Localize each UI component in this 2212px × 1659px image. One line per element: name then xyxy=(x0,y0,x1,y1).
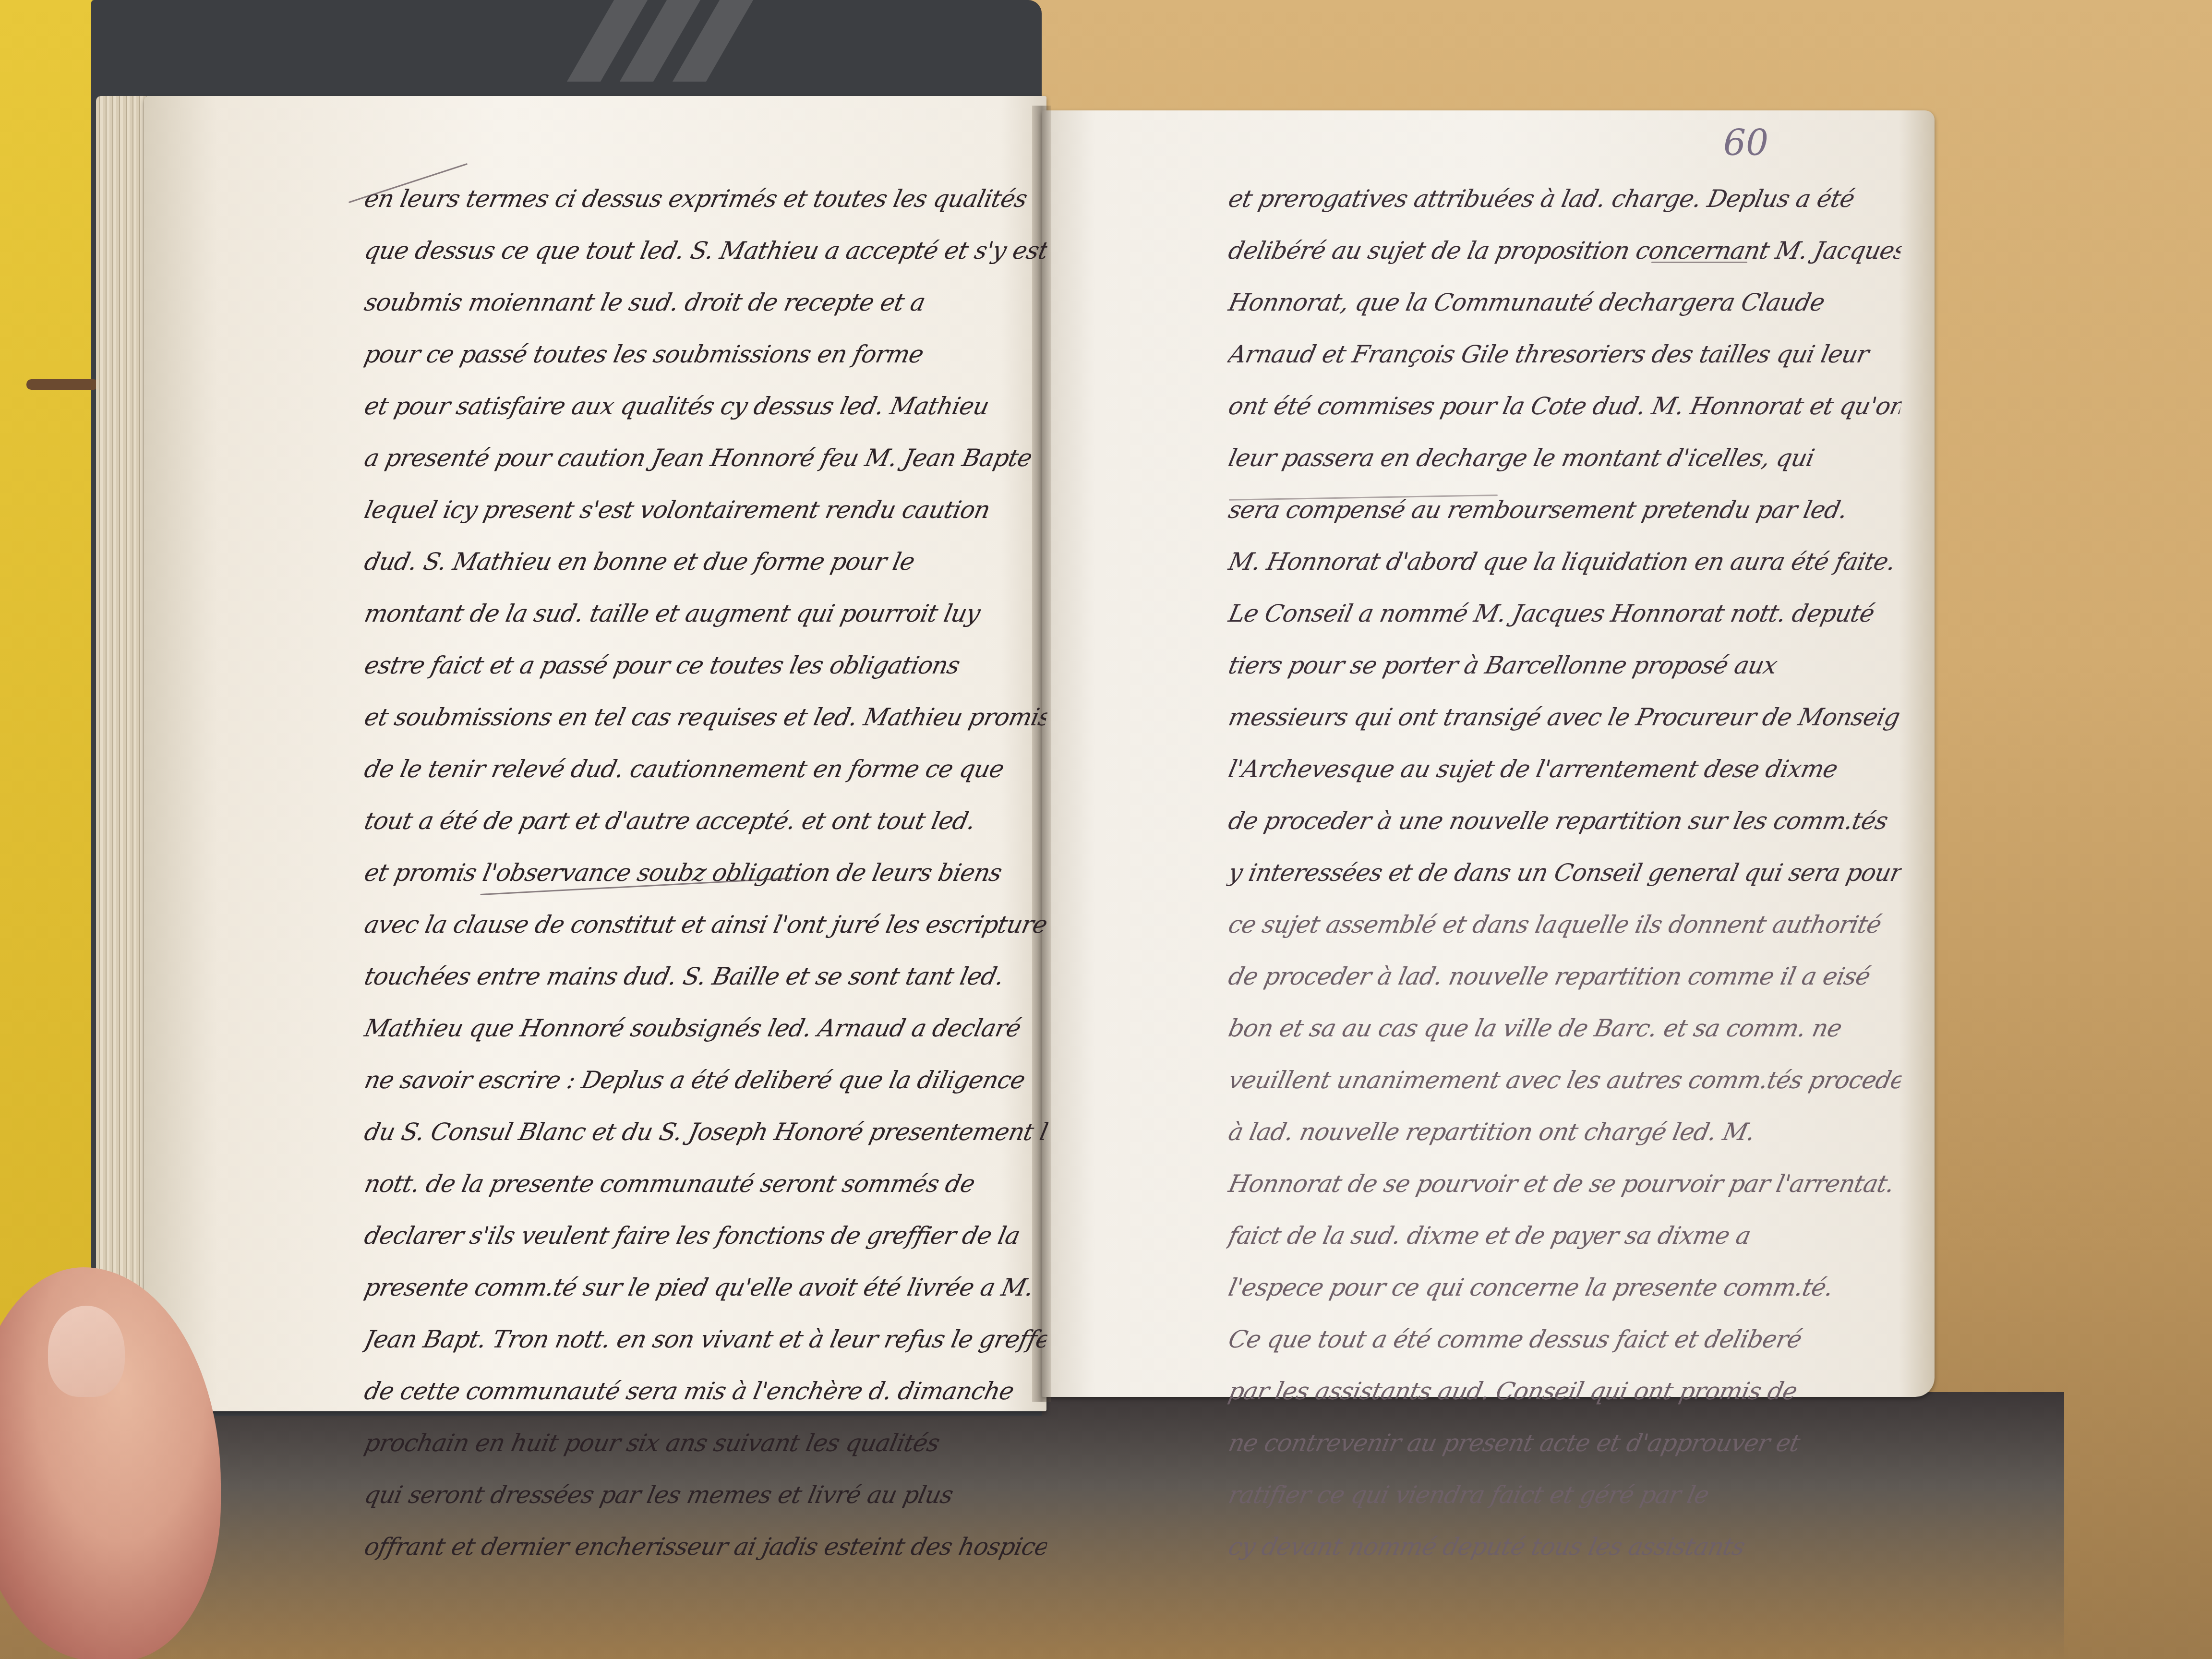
line-filler-dash xyxy=(1651,262,1747,263)
manuscript-line: sera compensé au remboursement pretendu … xyxy=(1224,484,1907,536)
manuscript-line: M. Honnorat d'abord que la liquidation e… xyxy=(1224,536,1907,588)
left-page-text: en leurs termes ci dessus exprimés et to… xyxy=(365,173,1046,1573)
manuscript-line: nott. de la presente communauté seront s… xyxy=(360,1158,1052,1210)
manuscript-line: Ce que tout a été comme dessus faict et … xyxy=(1224,1313,1907,1365)
manuscript-line: de proceder à une nouvelle repartition s… xyxy=(1224,795,1907,847)
manuscript-line: lequel icy present s'est volontairement … xyxy=(360,484,1052,536)
manuscript-line: en leurs termes ci dessus exprimés et to… xyxy=(360,173,1052,225)
manuscript-line: tiers pour se porter à Barcellonne propo… xyxy=(1224,639,1907,691)
manuscript-line: montant de la sud. taille et augment qui… xyxy=(360,588,1052,639)
manuscript-line: tout a été de part et d'autre accepté. e… xyxy=(360,795,1052,847)
manuscript-line: presente comm.té sur le pied qu'elle avo… xyxy=(360,1262,1052,1313)
manuscript-line: cy devant nommé deputé tous les assistan… xyxy=(1224,1521,1907,1573)
thumbnail xyxy=(48,1306,125,1397)
manuscript-line: Jean Bapt. Tron nott. en son vivant et à… xyxy=(360,1313,1052,1365)
manuscript-line: dud. S. Mathieu en bonne et due forme po… xyxy=(360,536,1052,588)
manuscript-line: Le Conseil a nommé M. Jacques Honnorat n… xyxy=(1224,588,1907,639)
manuscript-line: l'espece pour ce qui concerne la present… xyxy=(1224,1262,1907,1313)
manuscript-line: Mathieu que Honnoré soubsignés led. Arna… xyxy=(360,1002,1052,1054)
manuscript-line: soubmis moiennant le sud. droit de recep… xyxy=(360,276,1052,328)
manuscript-line: par les assistants aud. Conseil qui ont … xyxy=(1224,1365,1907,1417)
manuscript-line: estre faict et a passé pour ce toutes le… xyxy=(360,639,1052,691)
manuscript-line: delibéré au sujet de la proposition conc… xyxy=(1224,225,1907,276)
book-tie-string xyxy=(26,379,98,390)
right-page-text: et prerogatives attribuées à lad. charge… xyxy=(1229,173,1901,1573)
manuscript-line: ne contrevenir au present acte et d'appr… xyxy=(1224,1417,1907,1469)
manuscript-line: qui seront dressées par les memes et liv… xyxy=(360,1469,1052,1521)
manuscript-line: Honnorat, que la Communauté dechargera C… xyxy=(1224,276,1907,328)
manuscript-line: offrant et dernier encherisseur ai jadis… xyxy=(360,1521,1052,1573)
page-number: 60 xyxy=(1723,122,1768,164)
manuscript-line: leur passera en decharge le montant d'ic… xyxy=(1224,432,1907,484)
manuscript-line: ne savoir escrire : Deplus a été deliber… xyxy=(360,1054,1052,1106)
manuscript-line: de le tenir relevé dud. cautionnement en… xyxy=(360,743,1052,795)
manuscript-line: et soubmissions en tel cas requises et l… xyxy=(360,691,1052,743)
manuscript-line: que dessus ce que tout led. S. Mathieu a… xyxy=(360,225,1052,276)
manuscript-line: faict de la sud. dixme et de payer sa di… xyxy=(1224,1210,1907,1262)
manuscript-line: a presenté pour caution Jean Honnoré feu… xyxy=(360,432,1052,484)
manuscript-line: Honnorat de se pourvoir et de se pourvoi… xyxy=(1224,1158,1907,1210)
manuscript-line: veuillent unanimement avec les autres co… xyxy=(1224,1054,1907,1106)
manuscript-line: touchées entre mains dud. S. Baille et s… xyxy=(360,950,1052,1002)
manuscript-line: ratifier ce qui viendra faict et géré pa… xyxy=(1224,1469,1907,1521)
manuscript-line: declarer s'ils veulent faire les fonctio… xyxy=(360,1210,1052,1262)
manuscript-line: prochain en huit pour six ans suivant le… xyxy=(360,1417,1052,1469)
manuscript-line: avec la clause de constitut et ainsi l'o… xyxy=(360,899,1052,950)
manuscript-line: messieurs qui ont transigé avec le Procu… xyxy=(1224,691,1907,743)
manuscript-line: et pour satisfaire aux qualités cy dessu… xyxy=(360,380,1052,432)
manuscript-line: y interessées et de dans un Conseil gene… xyxy=(1224,847,1907,899)
manuscript-line: et promis l'observance soubz obligation … xyxy=(360,847,1052,899)
yellow-background-object xyxy=(0,0,96,1344)
manuscript-line: bon et sa au cas que la ville de Barc. e… xyxy=(1224,1002,1907,1054)
manuscript-line: ont été commises pour la Cote dud. M. Ho… xyxy=(1224,380,1907,432)
manuscript-line: de cette communauté sera mis à l'enchère… xyxy=(360,1365,1052,1417)
manuscript-line: l'Archevesque au sujet de l'arrentement … xyxy=(1224,743,1907,795)
manuscript-line: de proceder à lad. nouvelle repartition … xyxy=(1224,950,1907,1002)
manuscript-line: à lad. nouvelle repartition ont chargé l… xyxy=(1224,1106,1907,1158)
manuscript-line: du S. Consul Blanc et du S. Joseph Honor… xyxy=(360,1106,1052,1158)
manuscript-line: pour ce passé toutes les soubmissions en… xyxy=(360,328,1052,380)
manuscript-line: et prerogatives attribuées à lad. charge… xyxy=(1224,173,1907,225)
manuscript-line: Arnaud et François Gile thresoriers des … xyxy=(1224,328,1907,380)
manuscript-line: ce sujet assemblé et dans laquelle ils d… xyxy=(1224,899,1907,950)
